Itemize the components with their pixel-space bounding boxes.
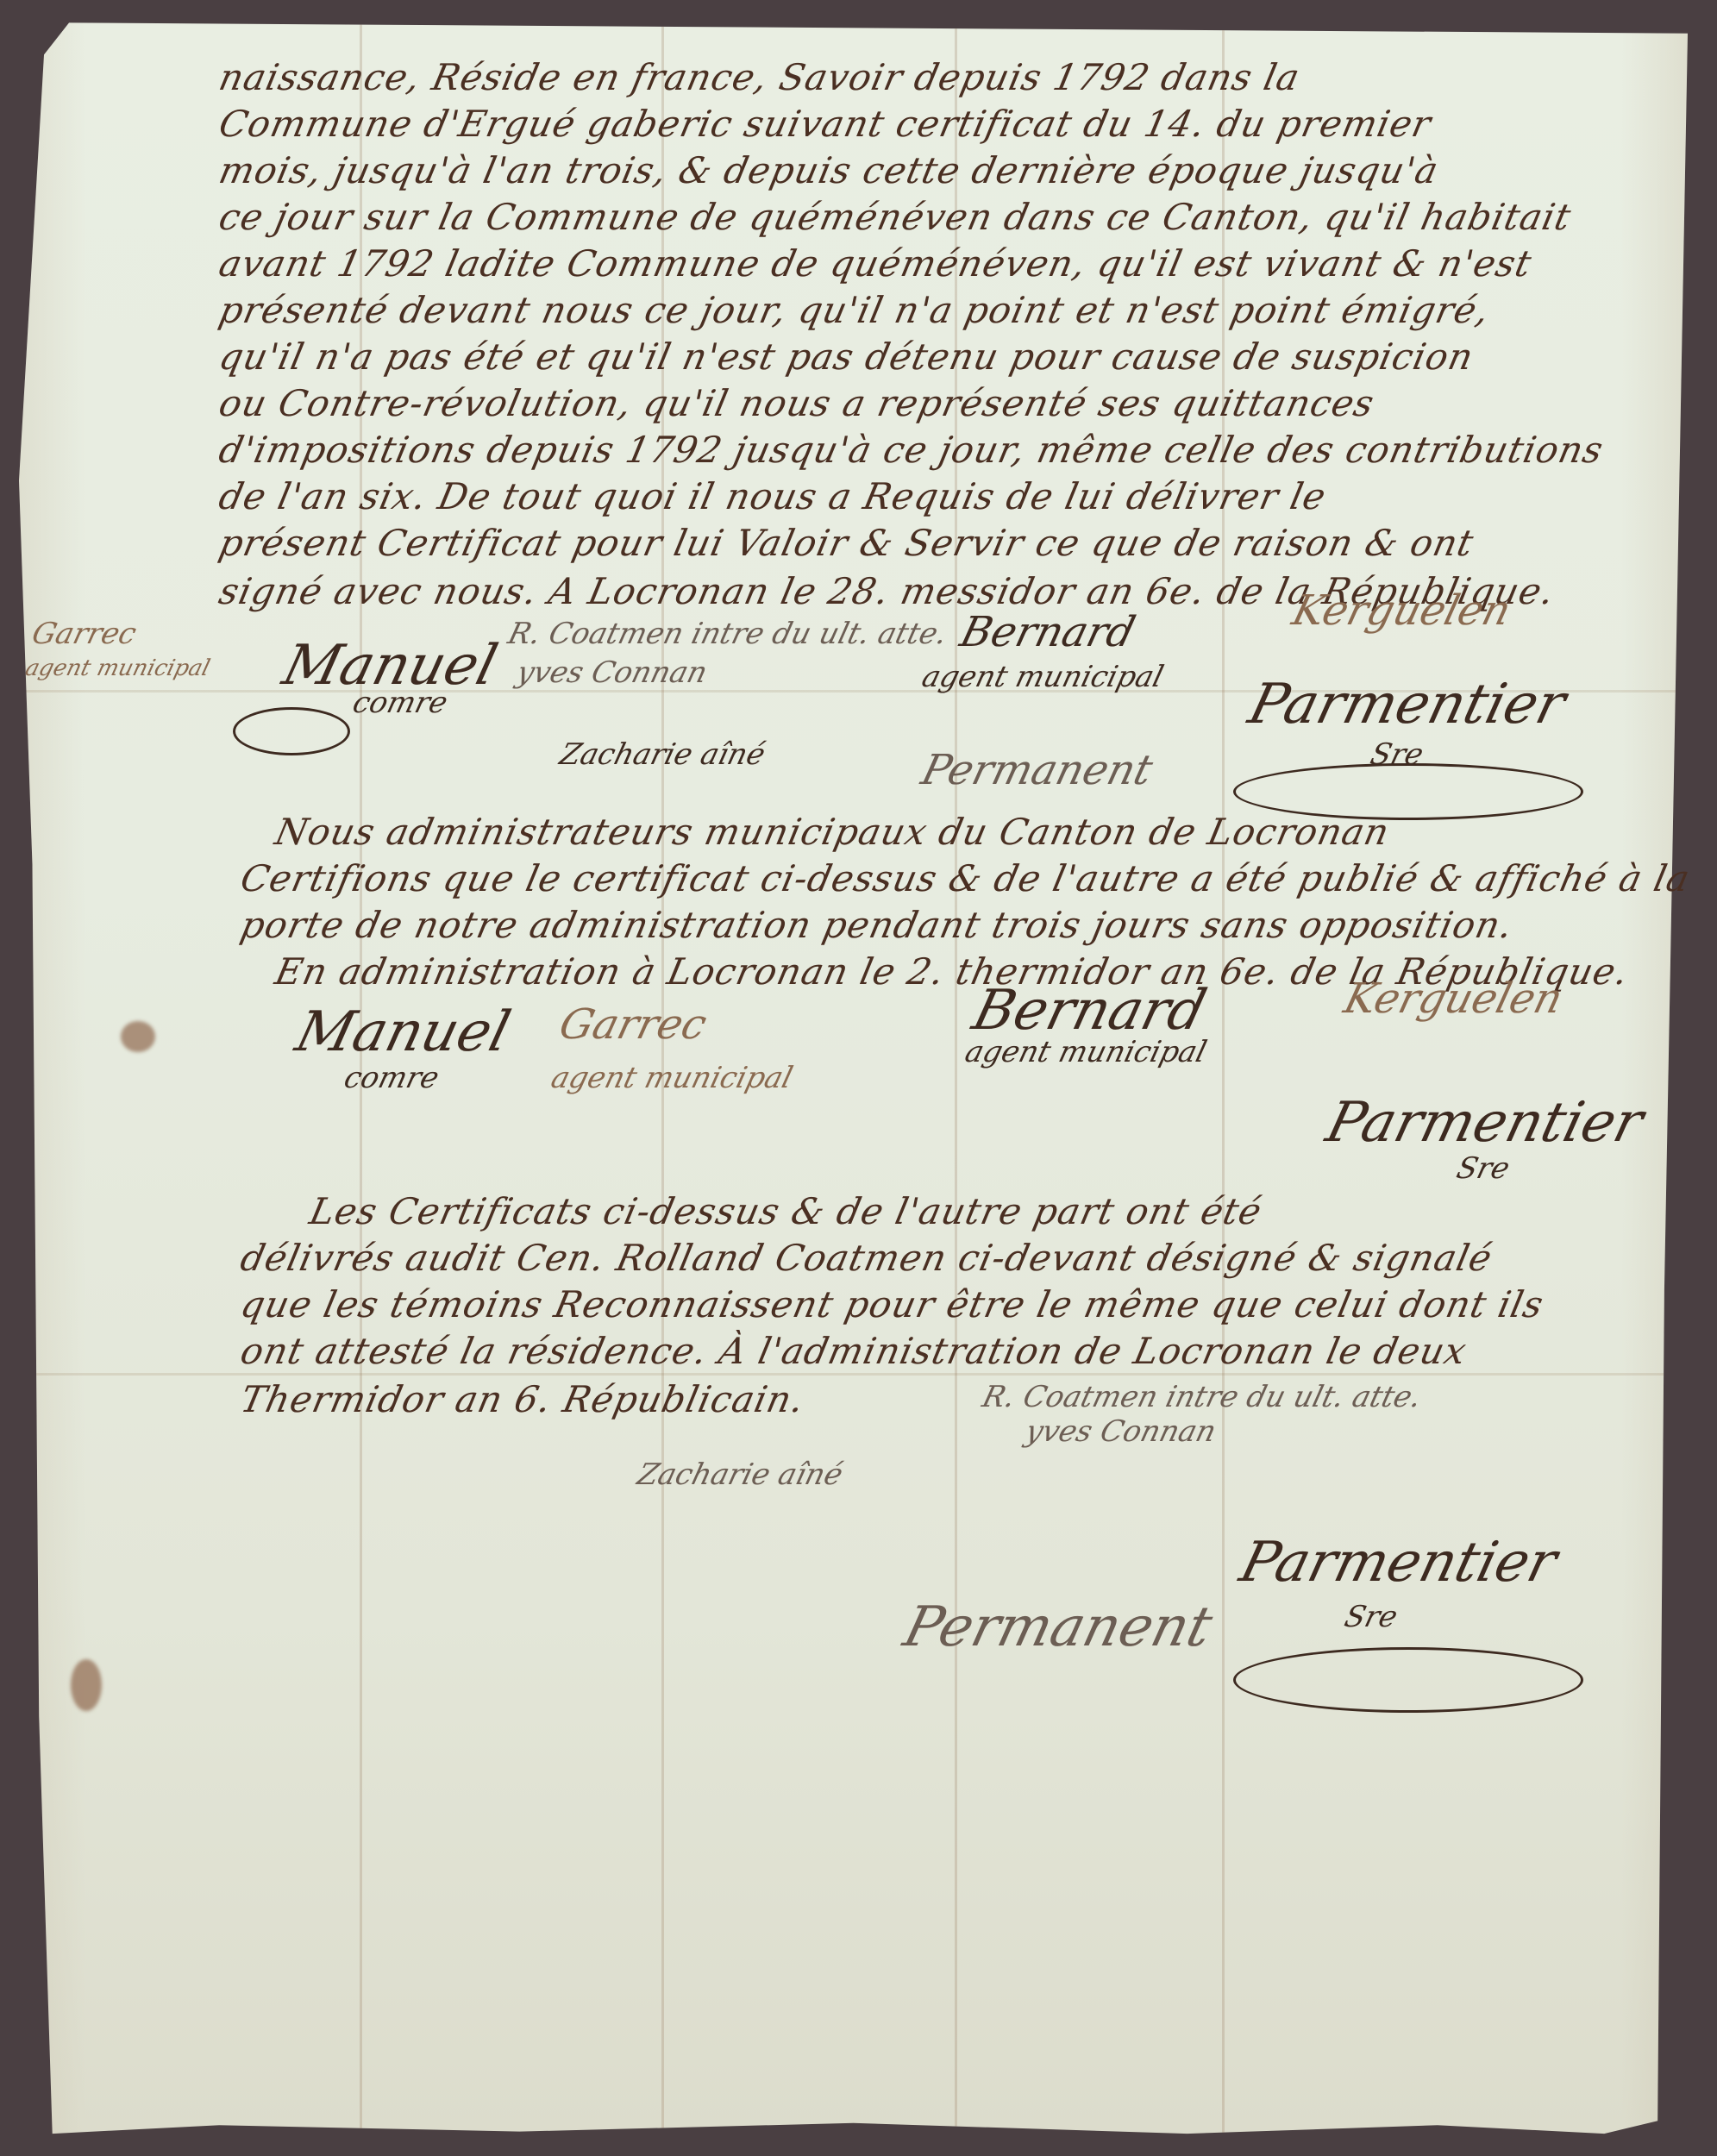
signature-title: Sre: [1453, 1151, 1513, 1186]
text-line: de l'an six. De tout quoi il nous a Requ…: [216, 475, 1331, 517]
signature-title: Sre: [1341, 1600, 1401, 1634]
signature-connan: yves Connan: [1022, 1414, 1219, 1449]
signature-zacharie: Zacharie aîné: [634, 1457, 846, 1492]
signature-connan: yves Connan: [513, 655, 711, 690]
flourish-icon: [233, 707, 350, 755]
signature-zacharie: Zacharie aîné: [556, 737, 768, 772]
text-line: ont attesté la résidence. À l'administra…: [237, 1330, 1471, 1372]
signature-manuel: Manuel: [290, 1000, 517, 1064]
signature-bernard: Bernard: [967, 979, 1213, 1043]
text-line: qu'il n'a pas été et qu'il n'est pas dét…: [216, 335, 1478, 378]
text-line: Nous administrateurs municipaux du Canto…: [272, 811, 1394, 853]
signature-permanent: Permanent: [898, 1595, 1219, 1659]
signature-kerguelen: Kerguelen: [1339, 975, 1568, 1023]
text-line: mois, jusqu'à l'an trois, & depuis cette…: [216, 149, 1443, 191]
text-line: présent Certificat pour lui Valoir & Ser…: [216, 522, 1478, 564]
text-line: ce jour sur la Commune de quéménéven dan…: [216, 196, 1576, 238]
signature-parmentier: Parmentier: [1234, 1531, 1563, 1595]
text-line: que les témoins Reconnaissent pour être …: [237, 1283, 1548, 1326]
signature-title: comre: [349, 686, 451, 720]
fold-line: [955, 12, 957, 2142]
flourish-icon: [1233, 1647, 1583, 1713]
signature-title: agent municipal: [962, 1035, 1210, 1069]
text-line: avant 1792 ladite Commune de quéménéven,…: [216, 242, 1536, 285]
signature-garrec: Garrec: [555, 1000, 711, 1049]
signature-coatmen: R. Coatmen intre du ult. atte.: [504, 617, 950, 651]
document-paper: [19, 12, 1688, 2142]
signature-parmentier: Parmentier: [1243, 673, 1572, 736]
ink-stain: [121, 1021, 155, 1052]
text-line: délivrés audit Cen. Rolland Coatmen ci-d…: [237, 1237, 1496, 1279]
text-line: Certifions que le certificat ci-dessus &…: [237, 857, 1695, 899]
signature-title: agent municipal: [22, 655, 212, 681]
ink-stain: [71, 1659, 102, 1711]
text-line: Thermidor an 6. Républicain.: [237, 1378, 809, 1420]
signature-coatmen: R. Coatmen intre du ult. atte.: [979, 1380, 1425, 1414]
signature-title: agent municipal: [548, 1061, 796, 1095]
signature-bernard: Bernard: [956, 608, 1140, 656]
signature-kerguelen: Kerguelen: [1288, 586, 1516, 635]
text-line: porte de notre administration pendant tr…: [237, 904, 1517, 946]
signature-title: agent municipal: [918, 660, 1167, 694]
signature-title: comre: [341, 1061, 442, 1095]
text-line: présenté devant nous ce jour, qu'il n'a …: [216, 289, 1494, 331]
text-line: naissance, Réside en france, Savoir depu…: [216, 56, 1304, 98]
text-line: ou Contre-révolution, qu'il nous a repré…: [216, 382, 1378, 424]
signature-permanent: Permanent: [917, 746, 1157, 794]
fold-line: [1222, 12, 1225, 2142]
text-line: Commune d'Ergué gaberic suivant certific…: [216, 103, 1436, 145]
text-line: Les Certificats ci-dessus & de l'autre p…: [306, 1190, 1266, 1232]
text-line: d'impositions depuis 1792 jusqu'à ce jou…: [216, 429, 1607, 471]
signature-garrec-margin: Garrec: [28, 617, 140, 651]
fold-line: [19, 1373, 1688, 1376]
signature-parmentier: Parmentier: [1320, 1091, 1650, 1155]
